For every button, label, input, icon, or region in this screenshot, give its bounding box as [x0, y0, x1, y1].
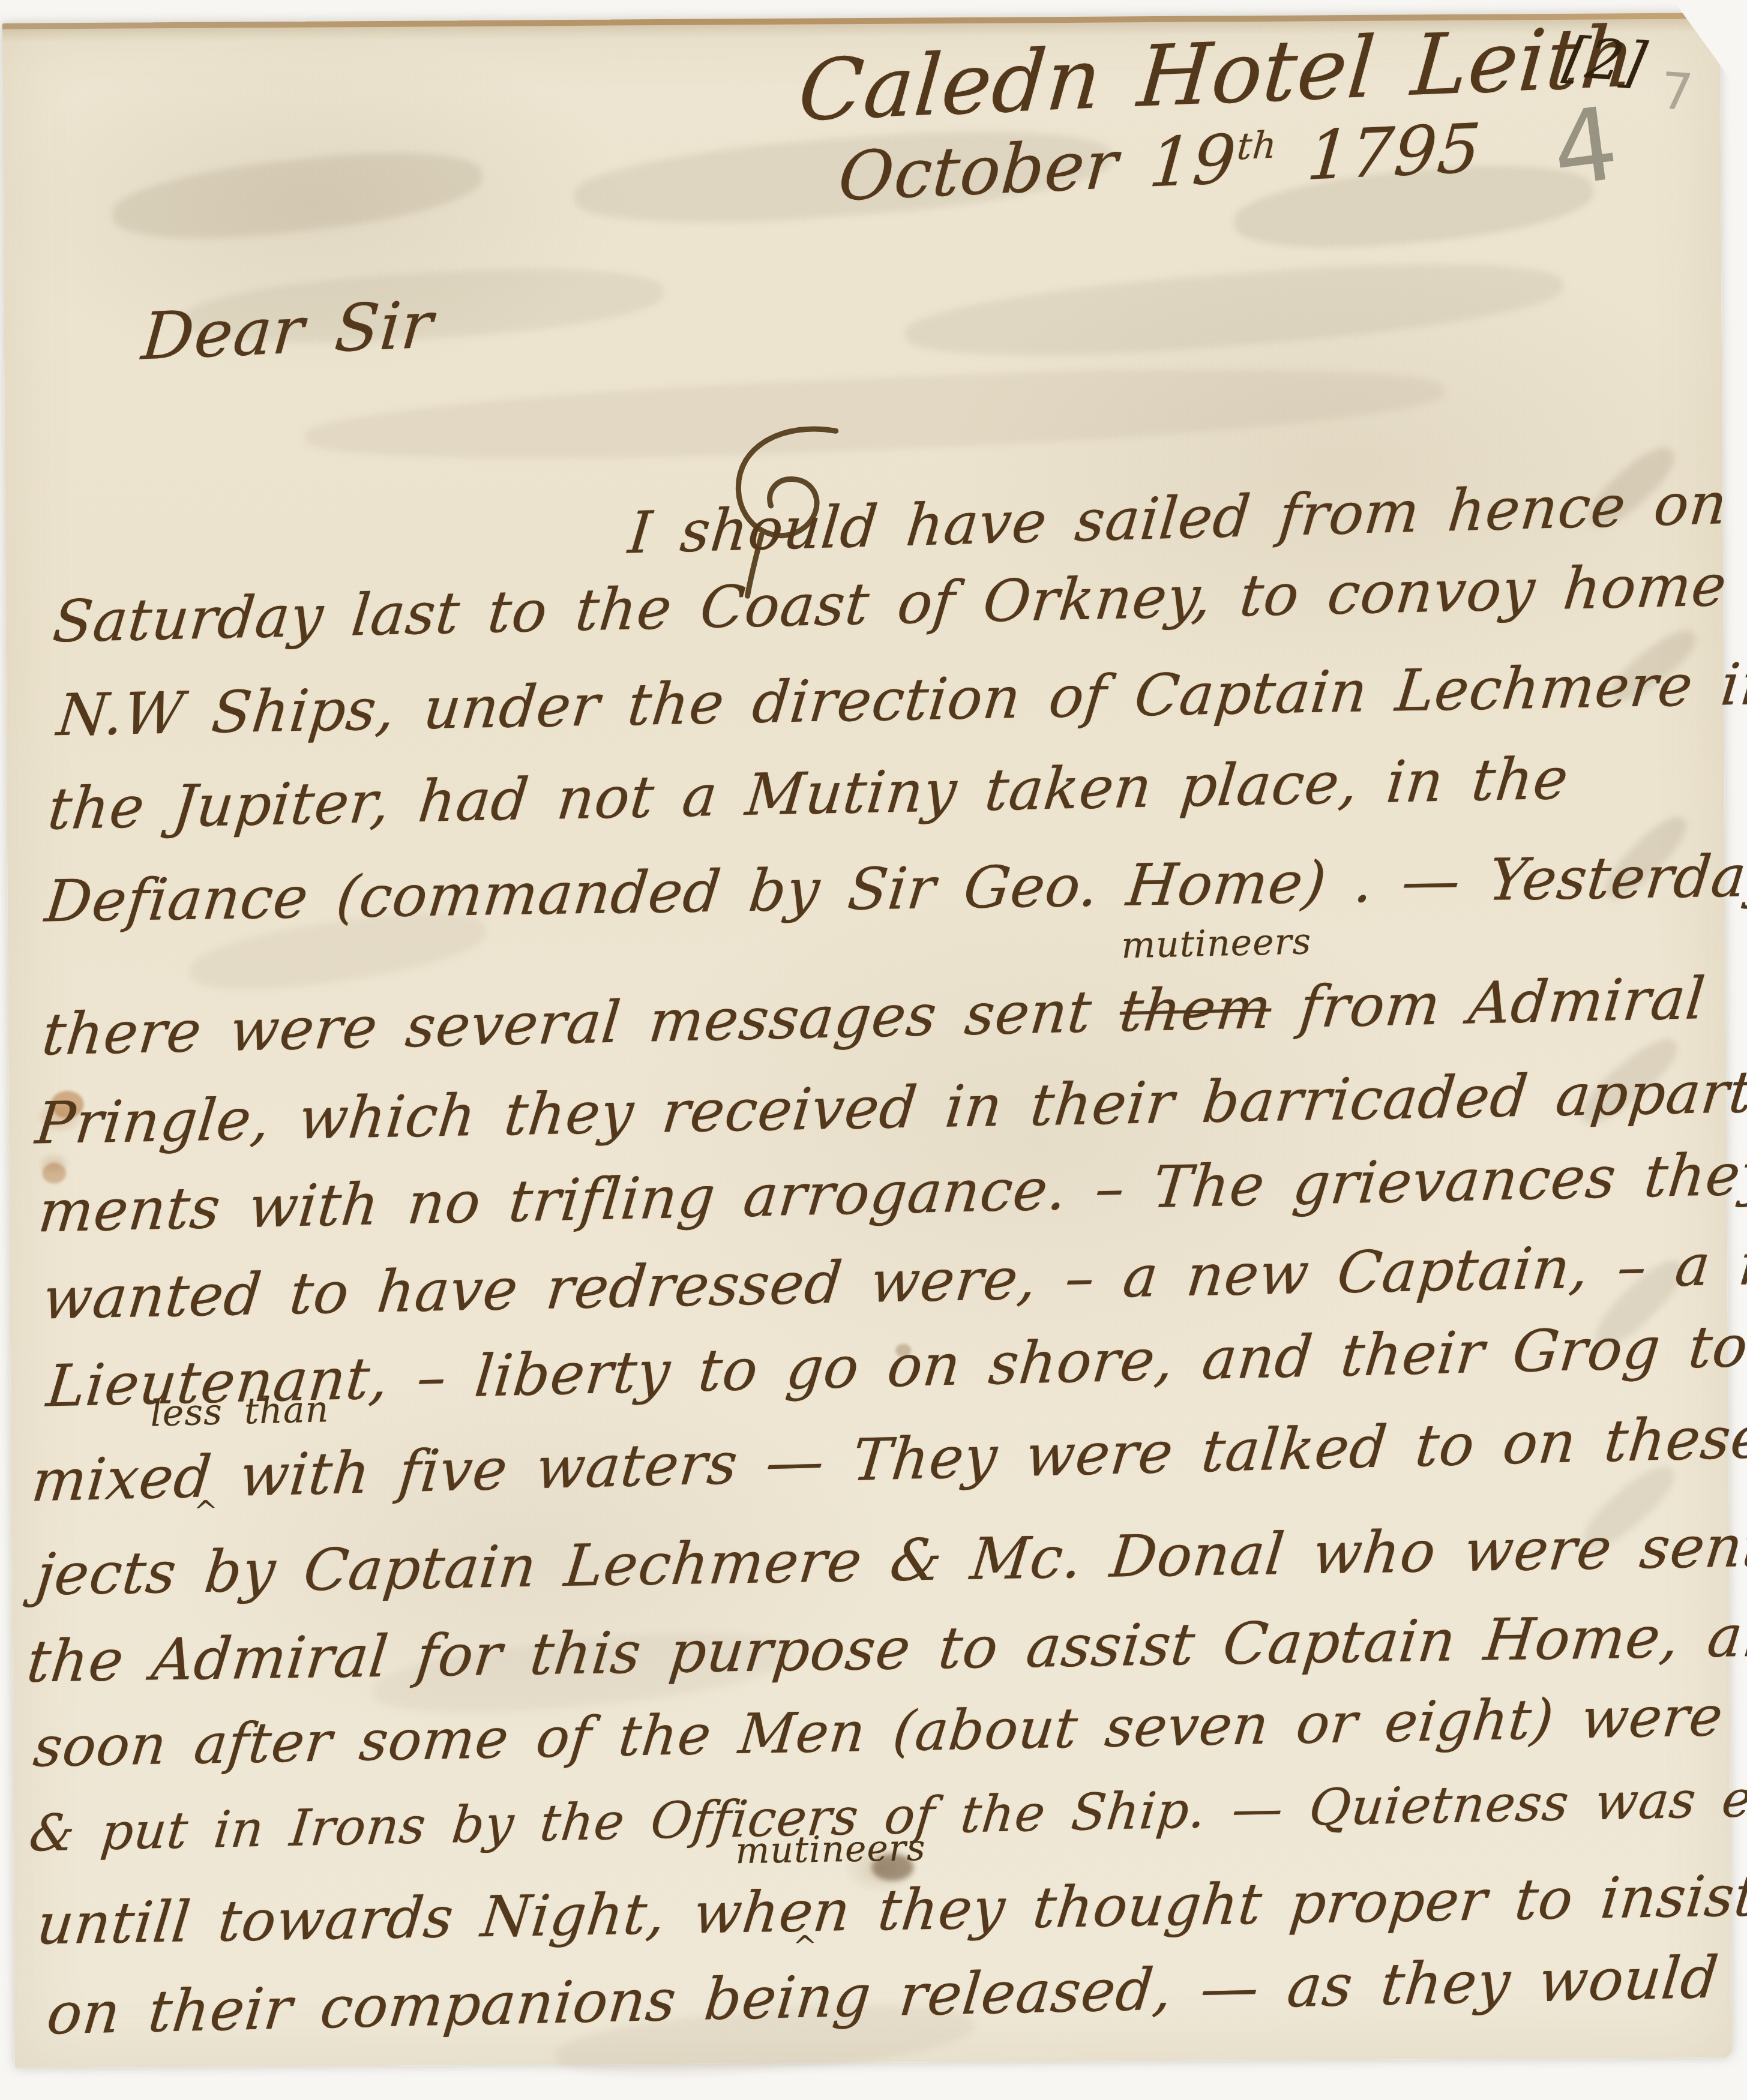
pencil-number-small: 7	[1659, 61, 1696, 122]
ink-bleedthrough	[903, 249, 1566, 371]
heading-place: Caledn Hotel Leith	[797, 8, 1637, 140]
scanned-letter-photo: { "document": { "archival_marks": { "ink…	[0, 0, 1747, 2100]
letter-line: ments with no trifling arrogance. – The …	[38, 1140, 1747, 1245]
letter-line: soon after some of the Men (about seven …	[34, 1681, 1747, 1780]
interlinear-insertion: less than	[150, 1388, 329, 1435]
salutation: Dear Sir	[140, 288, 434, 375]
letter-line: Defiance (commanded by Sir Geo. Home) . …	[45, 842, 1747, 935]
letter-line: I should have sailed from hence on	[628, 470, 1728, 566]
letter-line: wanted to have redressed were, – a new C…	[43, 1229, 1747, 1333]
struck-word: them	[1117, 974, 1275, 1045]
letter-line: N.W Ships, under the direction of Captai…	[57, 650, 1747, 749]
letter-line: the Jupiter, had not a Mutiny taken plac…	[48, 745, 1569, 843]
letter-line: jects by Captain Lechmere & Mc. Donal wh…	[36, 1511, 1747, 1609]
ink-bleedthrough	[304, 355, 1446, 473]
letter-line: mutineers ^ untill towards Night, when t…	[37, 1864, 1747, 1958]
letter-line: Pringle, which they received in their ba…	[35, 1058, 1747, 1157]
letter-sheet: Caledn Hotel Leith October 19th 1795 [2]…	[2, 13, 1733, 2068]
letter-line: mutineers there were several messages se…	[42, 965, 1706, 1068]
interlinear-insertion: mutineers	[735, 1827, 926, 1872]
interlinear-insertion: mutineers	[1120, 920, 1311, 967]
letter-line: Saturday last to the Coast of Orkney, to…	[53, 549, 1747, 655]
letter-line: on their companions being released, — as…	[47, 1940, 1747, 2047]
ink-bleedthrough	[109, 139, 486, 252]
heading-place-text: Caledn Hotel Leith	[795, 8, 1639, 140]
letter-line: the Admiral for this purpose to assist C…	[27, 1601, 1747, 1695]
letter-line: less than ^ mixed with five waters — The…	[31, 1400, 1747, 1515]
